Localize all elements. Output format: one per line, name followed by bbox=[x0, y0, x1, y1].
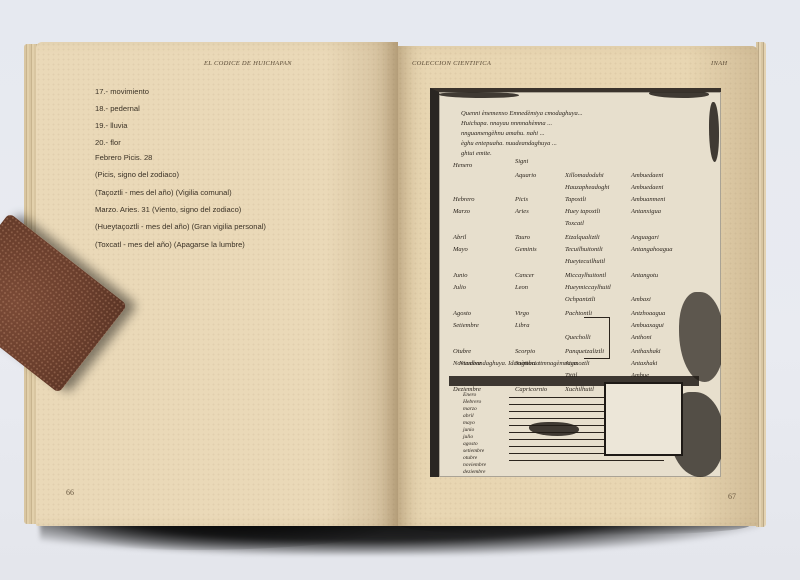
entry-18: 18.- pedernal bbox=[95, 104, 140, 113]
left-running-head: EL CODICE DE HUICHAPAN bbox=[204, 60, 292, 67]
codex-sign: Geminis bbox=[515, 246, 537, 253]
codex-sign: Scorpio bbox=[515, 348, 535, 355]
codex-month: Agosto bbox=[453, 310, 471, 317]
codex-lower-item: mayo bbox=[463, 420, 475, 426]
codex-sign: Tauro bbox=[515, 234, 530, 241]
codex-lower-item: otubre bbox=[463, 455, 477, 461]
entry-febrero: Febrero Picis. 28 bbox=[95, 153, 152, 162]
codex-lower-item: deziembre bbox=[463, 469, 485, 475]
codex-otomi: Anguagari bbox=[631, 234, 659, 241]
entry-17: 17.- movimiento bbox=[95, 87, 149, 96]
codex-otomi: Ambuedaeni bbox=[631, 184, 664, 191]
codex-otomi: Antanxigua bbox=[631, 208, 661, 215]
codex-footer-line: Nuudeandaghuya. Idemèmba. ttmnagèmnaga. bbox=[459, 360, 579, 367]
codex-header-line: èghu entepuaha. nuudeandaghuya ... bbox=[461, 140, 557, 147]
codex-month: Abril bbox=[453, 234, 466, 241]
blank-box bbox=[604, 382, 683, 456]
codex-sign: Aquario bbox=[515, 172, 536, 179]
ink-stain bbox=[439, 92, 519, 98]
codex-lower-item: marzo bbox=[463, 406, 477, 412]
entry-20: 20.- flor bbox=[95, 138, 121, 147]
codex-otomi: Anthoni bbox=[631, 334, 652, 341]
codex-otomi: Antaxhaki bbox=[631, 360, 657, 367]
ink-stain bbox=[649, 90, 709, 98]
right-running-head: COLECCION CIENTIFICA bbox=[412, 60, 491, 67]
codex-lower-item: abril bbox=[463, 413, 474, 419]
codex-name: Huey tapoxtli bbox=[565, 208, 600, 215]
codex-otomi: Antzhoaagua bbox=[631, 310, 665, 317]
codex-month: Otubre bbox=[453, 348, 471, 355]
codex-header-line: ghiui emite. bbox=[461, 150, 492, 157]
entry-picis: (Picis, signo del zodiaco) bbox=[95, 170, 179, 179]
codex-otomi: Ambuedaeni bbox=[631, 172, 664, 179]
entry-19: 19.- lluvia bbox=[95, 121, 128, 130]
codex-sign: Picis bbox=[515, 196, 528, 203]
codex-otomi: Ambuaxagui bbox=[631, 322, 664, 329]
codex-name: Ochpaniztli bbox=[565, 296, 595, 303]
codex-lower-item: agosto bbox=[463, 441, 478, 447]
codex-otomi: Ambaxi bbox=[631, 296, 651, 303]
codex-otomi: Anthaxhaki bbox=[631, 348, 661, 355]
codex-name: Etzalqualiztli bbox=[565, 234, 600, 241]
codex-month: Julio bbox=[453, 284, 466, 291]
codex-name: Tecuilhuitontli bbox=[565, 246, 603, 253]
codex-header-line: nnguamengèhnu amahu. nahi ... bbox=[461, 130, 545, 137]
codex-name: Hueymiccaylhuitl bbox=[565, 284, 611, 291]
codex-month: Marzo bbox=[453, 208, 470, 215]
codex-sign: Aries bbox=[515, 208, 529, 215]
entry-tacoztli: (Taçoztli - mes del año) (Vigilia comuna… bbox=[95, 188, 232, 197]
codex-facsimile-image: Quenni ènemenxo Emnedèmiya cmodaghuya...… bbox=[430, 88, 721, 477]
codex-lower-item: junio bbox=[463, 427, 474, 433]
codex-month: Hebrero bbox=[453, 196, 475, 203]
codex-sign: Cancer bbox=[515, 272, 534, 279]
codex-otomi: Antangahoagua bbox=[631, 246, 673, 253]
codex-lower-item: noviembre bbox=[463, 462, 486, 468]
codex-name: Hueytecuilhuitl bbox=[565, 258, 605, 265]
codex-otomi: Antangotu bbox=[631, 272, 658, 279]
codex-month: Setiembre bbox=[453, 322, 479, 329]
entry-toxcatl: (Toxcatl - mes del año) (Apagarse la lum… bbox=[95, 240, 245, 249]
codex-month: Mayo bbox=[453, 246, 468, 253]
bracket-mark bbox=[584, 317, 610, 359]
codex-name: Xillomadoduhi bbox=[565, 172, 604, 179]
codex-month: Henero bbox=[453, 162, 472, 169]
right-page-number: 67 bbox=[728, 492, 736, 501]
codex-otomi: Ambuanmeni bbox=[631, 196, 665, 203]
codex-month: Junio bbox=[453, 272, 467, 279]
ink-stain bbox=[679, 292, 721, 382]
codex-name: Hauzapheadoghi bbox=[565, 184, 609, 191]
codex-sign: Leon bbox=[515, 284, 528, 291]
ink-stain bbox=[709, 102, 719, 162]
codex-name: Pachtontli bbox=[565, 310, 592, 317]
codex-name: Tapoxtli bbox=[565, 196, 586, 203]
codex-header-line: Quenni ènemenxo Emnedèmiya cmodaghuya... bbox=[461, 110, 583, 117]
codex-sign: Virgo bbox=[515, 310, 529, 317]
entry-hueytacoztli: (Hueytaçoztli - mes del año) (Gran vigil… bbox=[95, 222, 266, 231]
codex-lower-item: setiembre bbox=[463, 448, 484, 454]
codex-sign: Capricornio bbox=[515, 386, 547, 393]
codex-lower-item: julio bbox=[463, 434, 473, 440]
ink-stain bbox=[529, 422, 579, 436]
entry-marzo: Marzo. Aries. 31 (Viento, signo del zodi… bbox=[95, 205, 241, 214]
codex-sign: Signi bbox=[515, 158, 528, 165]
codex-header-line: Huichapa. nnayau nnmnahèmna ... bbox=[461, 120, 552, 127]
codex-name: Miccaylhuitontl bbox=[565, 272, 606, 279]
codex-name: Toxcatl bbox=[565, 220, 584, 227]
codex-lower-item: Hebrero bbox=[463, 399, 481, 405]
left-page-number: 66 bbox=[66, 488, 74, 497]
codex-name: Xuchilhuitl bbox=[565, 386, 594, 393]
right-running-head-inah: INAH bbox=[711, 60, 727, 67]
codex-sign: Libra bbox=[515, 322, 529, 329]
codex-lower-item: Enero bbox=[463, 392, 476, 398]
